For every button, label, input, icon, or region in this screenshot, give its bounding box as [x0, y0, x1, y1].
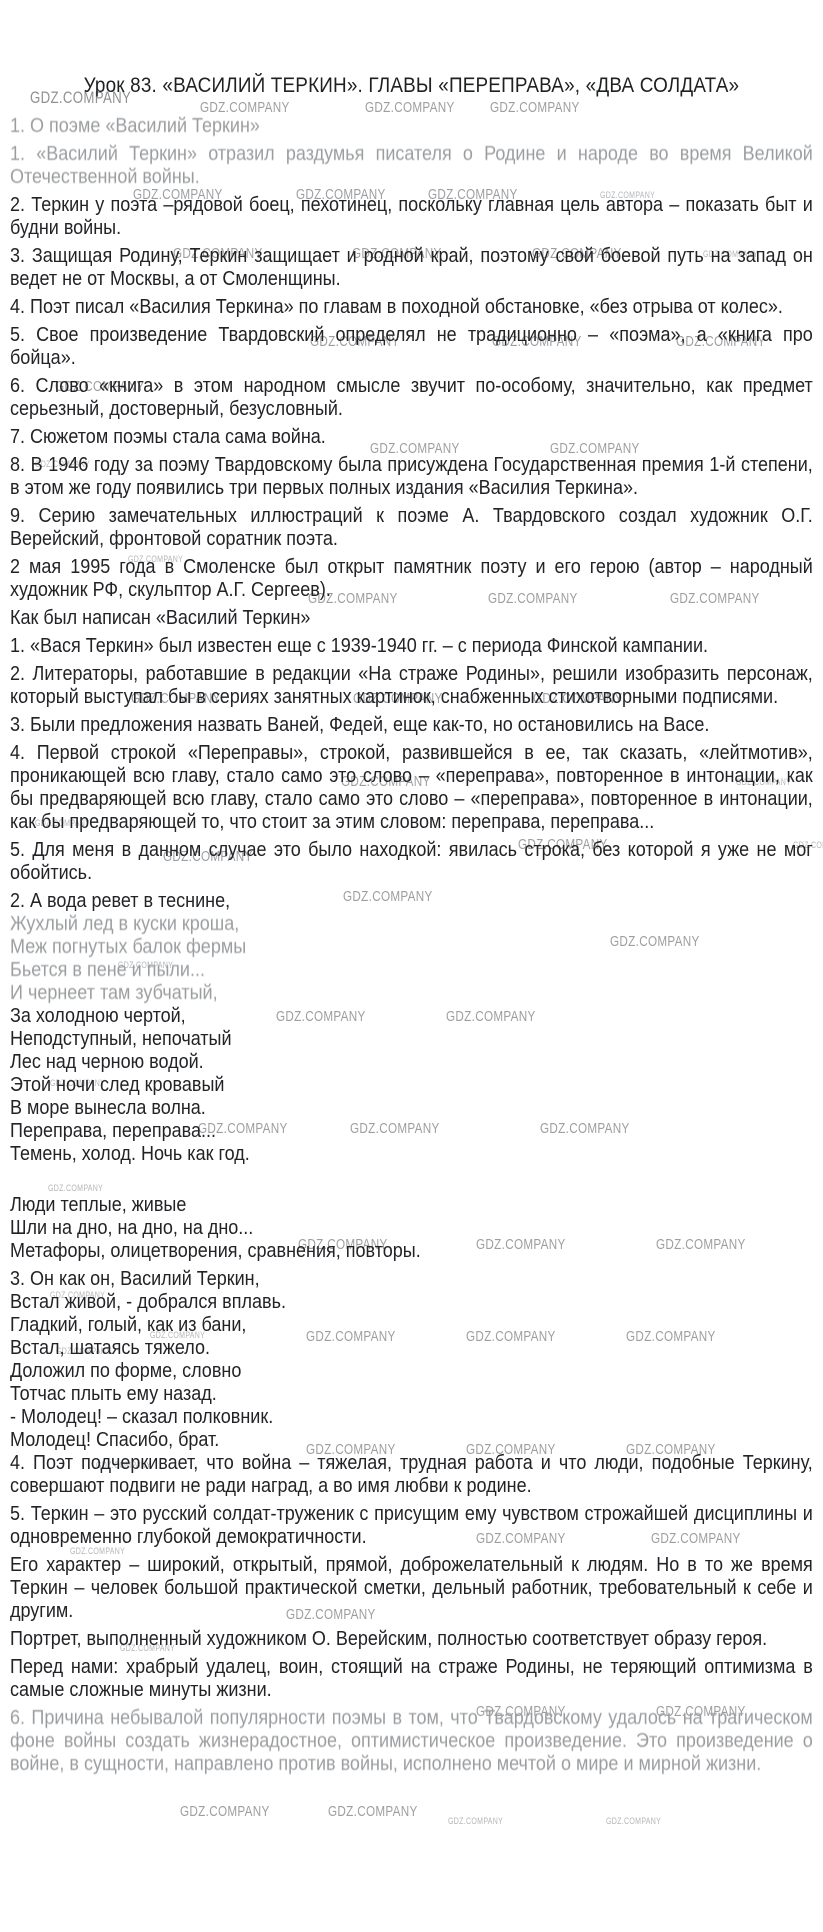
watermark-text: GDZ.COMPANY: [606, 1816, 661, 1826]
paragraph: 4. Поэт подчеркивает, что война – тяжела…: [10, 1452, 813, 1498]
section-heading: 1. О поэме «Василий Теркин»: [10, 115, 813, 138]
poem-line: Гладкий, голый, как из бани,: [10, 1314, 813, 1337]
paragraph: 3. Были предложения назвать Ваней, Федей…: [10, 714, 813, 737]
watermark-text: GDZ.COMPANY: [448, 1816, 503, 1826]
poem-line: За холодною чертой,: [10, 1005, 813, 1028]
poem-line: Жухлый лед в куски кроша,: [10, 913, 813, 936]
paragraph: 4. Первой строкой «Переправы», строкой, …: [10, 742, 813, 834]
paragraph: Перед нами: храбрый удалец, воин, стоящи…: [10, 1656, 813, 1702]
paragraph: 8. В 1946 году за поэму Твардовскому был…: [10, 454, 813, 500]
poem-line: Люди теплые, живые: [10, 1194, 813, 1217]
poem-line: В море вынесла волна.: [10, 1097, 813, 1120]
poem-line: - Молодец! – сказал полковник.: [10, 1406, 813, 1429]
paragraph: 2. Теркин у поэта –рядовой боец, пехотин…: [10, 194, 813, 240]
poem-line: Бьется в пене и пыли...: [10, 959, 813, 982]
paragraph: 2 мая 1995 года в Смоленске был открыт п…: [10, 556, 813, 602]
watermark-text: GDZ.COMPANY: [180, 1803, 270, 1820]
paragraph: Его характер – широкий, открытый, прямой…: [10, 1554, 813, 1623]
poem-line: 3. Он как он, Василий Теркин,: [10, 1268, 813, 1291]
paragraph: 2. Литераторы, работавшие в редакции «На…: [10, 663, 813, 709]
poem-line: Темень, холод. Ночь как год.: [10, 1143, 813, 1166]
page-title: Урок 83. «ВАСИЛИЙ ТЕРКИН». ГЛАВЫ «ПЕРЕПР…: [10, 74, 813, 98]
paragraph: 3. Защищая Родину, Теркин защищает и род…: [10, 245, 813, 291]
paragraph: Портрет, выполненный художником О. Верей…: [10, 1628, 813, 1651]
paragraph: 6. Причина небывалой популярности поэмы …: [10, 1707, 813, 1776]
paragraph: 5. Свое произведение Твардовский определ…: [10, 324, 813, 370]
poem-line: Тотчас плыть ему назад.: [10, 1383, 813, 1406]
document-content: Урок 83. «ВАСИЛИЙ ТЕРКИН». ГЛАВЫ «ПЕРЕПР…: [10, 74, 813, 1781]
poem-line: Неподступный, непочатый: [10, 1028, 813, 1051]
paragraph: Метафоры, олицетворения, сравнения, повт…: [10, 1240, 813, 1263]
poem-line: Доложил по форме, словно: [10, 1360, 813, 1383]
paragraph: 1. «Василий Теркин» отразил раздумья пис…: [10, 143, 813, 189]
watermark-text: GDZ.COMPANY: [328, 1803, 418, 1820]
paragraph: 9. Серию замечательных иллюстраций к поэ…: [10, 505, 813, 551]
poem-line: Этой ночи след кровавый: [10, 1074, 813, 1097]
poem-line: И чернеет там зубчатый,: [10, 982, 813, 1005]
paragraph: 5. Теркин – это русский солдат-труженик …: [10, 1503, 813, 1549]
poem-line: Переправа, переправа...: [10, 1120, 813, 1143]
poem-line: Шли на дно, на дно, на дно...: [10, 1217, 813, 1240]
blank-line: [10, 1166, 813, 1194]
poem-line: 2. А вода ревет в теснине,: [10, 890, 813, 913]
paragraph: 7. Сюжетом поэмы стала сама война.: [10, 426, 813, 449]
poem-line: Молодец! Спасибо, брат.: [10, 1429, 813, 1452]
poem-line: Встал, шатаясь тяжело.: [10, 1337, 813, 1360]
poem-line: Лес над черною водой.: [10, 1051, 813, 1074]
document-page: GDZ.COMPANYGDZ.COMPANYGDZ.COMPANYGDZ.COM…: [0, 0, 823, 1932]
paragraph: 5. Для меня в данном случае это было нах…: [10, 839, 813, 885]
text-blocks: 1. О поэме «Василий Теркин»1. «Василий Т…: [10, 115, 813, 1776]
section-heading: Как был написан «Василий Теркин»: [10, 607, 813, 630]
poem-line: Встал живой, - добрался вплавь.: [10, 1291, 813, 1314]
paragraph: 4. Поэт писал «Василия Теркина» по глава…: [10, 296, 813, 319]
poem-line: Меж погнутых балок фермы: [10, 936, 813, 959]
paragraph: 1. «Вася Теркин» был известен еще с 1939…: [10, 635, 813, 658]
paragraph: 6. Слово «книга» в этом народном смысле …: [10, 375, 813, 421]
